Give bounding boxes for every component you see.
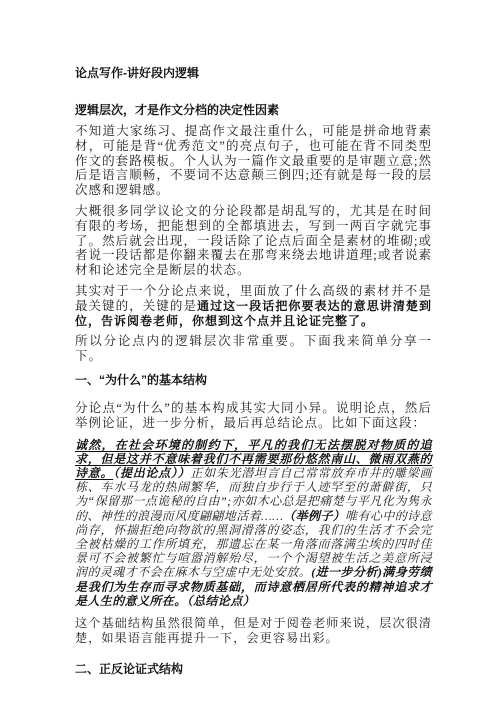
paragraph-structure-intro: 分论点“为什么”的基本构成其实大同小异。说明论点，然后举例论证，进一步分析，最后… xyxy=(75,401,432,431)
paragraph-transition: 所以分论点内的逻辑层次非常重要。下面我来简单分享一下。 xyxy=(75,334,432,364)
paragraph-structure-comment: 这个基础结构虽然很简单，但是对于阅卷老师来说，层次很清楚，如果语言能再提升一下，… xyxy=(75,616,432,646)
label-state-thesis: （提出论点）） xyxy=(113,466,190,480)
paragraph-problem-description: 大概很多同学议论文的分论段都是胡乱写的，尤其是在时间有限的考场，把能想到的全都填… xyxy=(75,204,432,278)
example-essay-paragraph: 诚然，在社会环境的制约下，平凡的我们无法摆脱对物质的追求，但是这并不意味着我们不… xyxy=(75,438,432,608)
document-page: 论点写作-讲好段内逻辑 逻辑层次，才是作文分档的决定性因素 不知道大家练习、提高… xyxy=(0,0,500,707)
document-title: 论点写作-讲好段内逻辑 xyxy=(75,66,432,81)
label-further-analysis: (进一步分析) xyxy=(311,565,382,579)
label-give-example: （举例子） xyxy=(283,509,345,523)
paragraph-intro-habits: 不知道大家练习、提高作文最注重什么，可能是拼命地背素材，可能是背“优秀范文”的亮… xyxy=(75,124,432,198)
paragraph-problem-text: 大概很多同学议论文的分论段都是胡乱写的，尤其是在时间有限的考场，把能想到的全都填… xyxy=(75,204,432,277)
section-heading-pro-con-structure: 二、正反论证式结构 xyxy=(75,662,432,677)
section-heading-why-structure: 一、“为什么”的基本结构 xyxy=(75,373,432,388)
document-subtitle: 逻辑层次，才是作文分档的决定性因素 xyxy=(75,103,432,118)
paragraph-key-point: 其实对于一个分论点来说，里面放了什么高级的素材并不是最关键的，关键的是通过这一段… xyxy=(75,284,432,328)
